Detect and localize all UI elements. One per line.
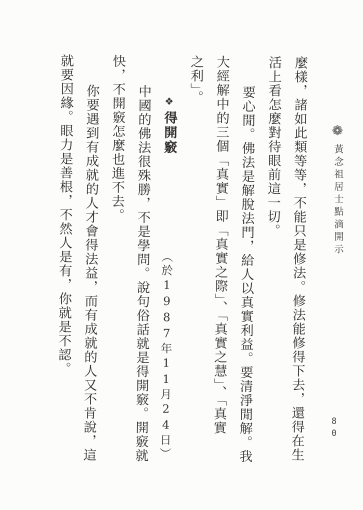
page-number: 80: [329, 417, 339, 441]
section-title-column: ❖得開竅 （於1987年11月24日）: [152, 55, 182, 505]
flower-ornament-icon: ❁: [330, 124, 345, 139]
book-page: ❁黃念祖居士點滴開示 80 麼樣，諸如此類等等，不能只是修法。修法能修得下去，還…: [0, 0, 363, 510]
text-column: 中國的佛法很殊勝，不是學問。說句俗話就是得開竅。開竅就: [126, 54, 156, 492]
text-column: 就要因緣。眼力是善根，不然人是有，你就是不認。: [48, 54, 78, 462]
text-column: 快，不開竅怎麼也進不去。: [100, 54, 130, 462]
text-column: 之利」。: [178, 55, 208, 463]
section-title: 得開竅: [161, 111, 176, 155]
running-head-title: 黃念祖居士點滴開示: [332, 144, 343, 257]
text-column: 大經解中的三個「真實」即「真實之際」、「真實之慧」、「真實: [204, 55, 234, 463]
main-text-area: 麼樣，諸如此類等等，不能只是修法。修法能修得下去，還得在生 活上看怎麼對待眼前這…: [40, 54, 312, 464]
text-column: 你要遇到有成就的人才會得法益，而有成就的人又不肯說，這: [74, 54, 104, 492]
text-column: 活上看怎麼對待眼前這一切。: [256, 56, 286, 464]
text-column: 麼樣，諸如此類等等，不能只是修法。修法能修得下去，還得在生: [282, 56, 312, 464]
running-head: ❁黃念祖居士點滴開示: [330, 124, 344, 257]
section-marker-icon: ❖: [164, 97, 175, 111]
date-note: （於1987年11月24日）: [152, 251, 180, 462]
text-column: 要心閒。佛法是解脫法門，給人以真實利益。要清淨閒解。我: [230, 55, 260, 493]
